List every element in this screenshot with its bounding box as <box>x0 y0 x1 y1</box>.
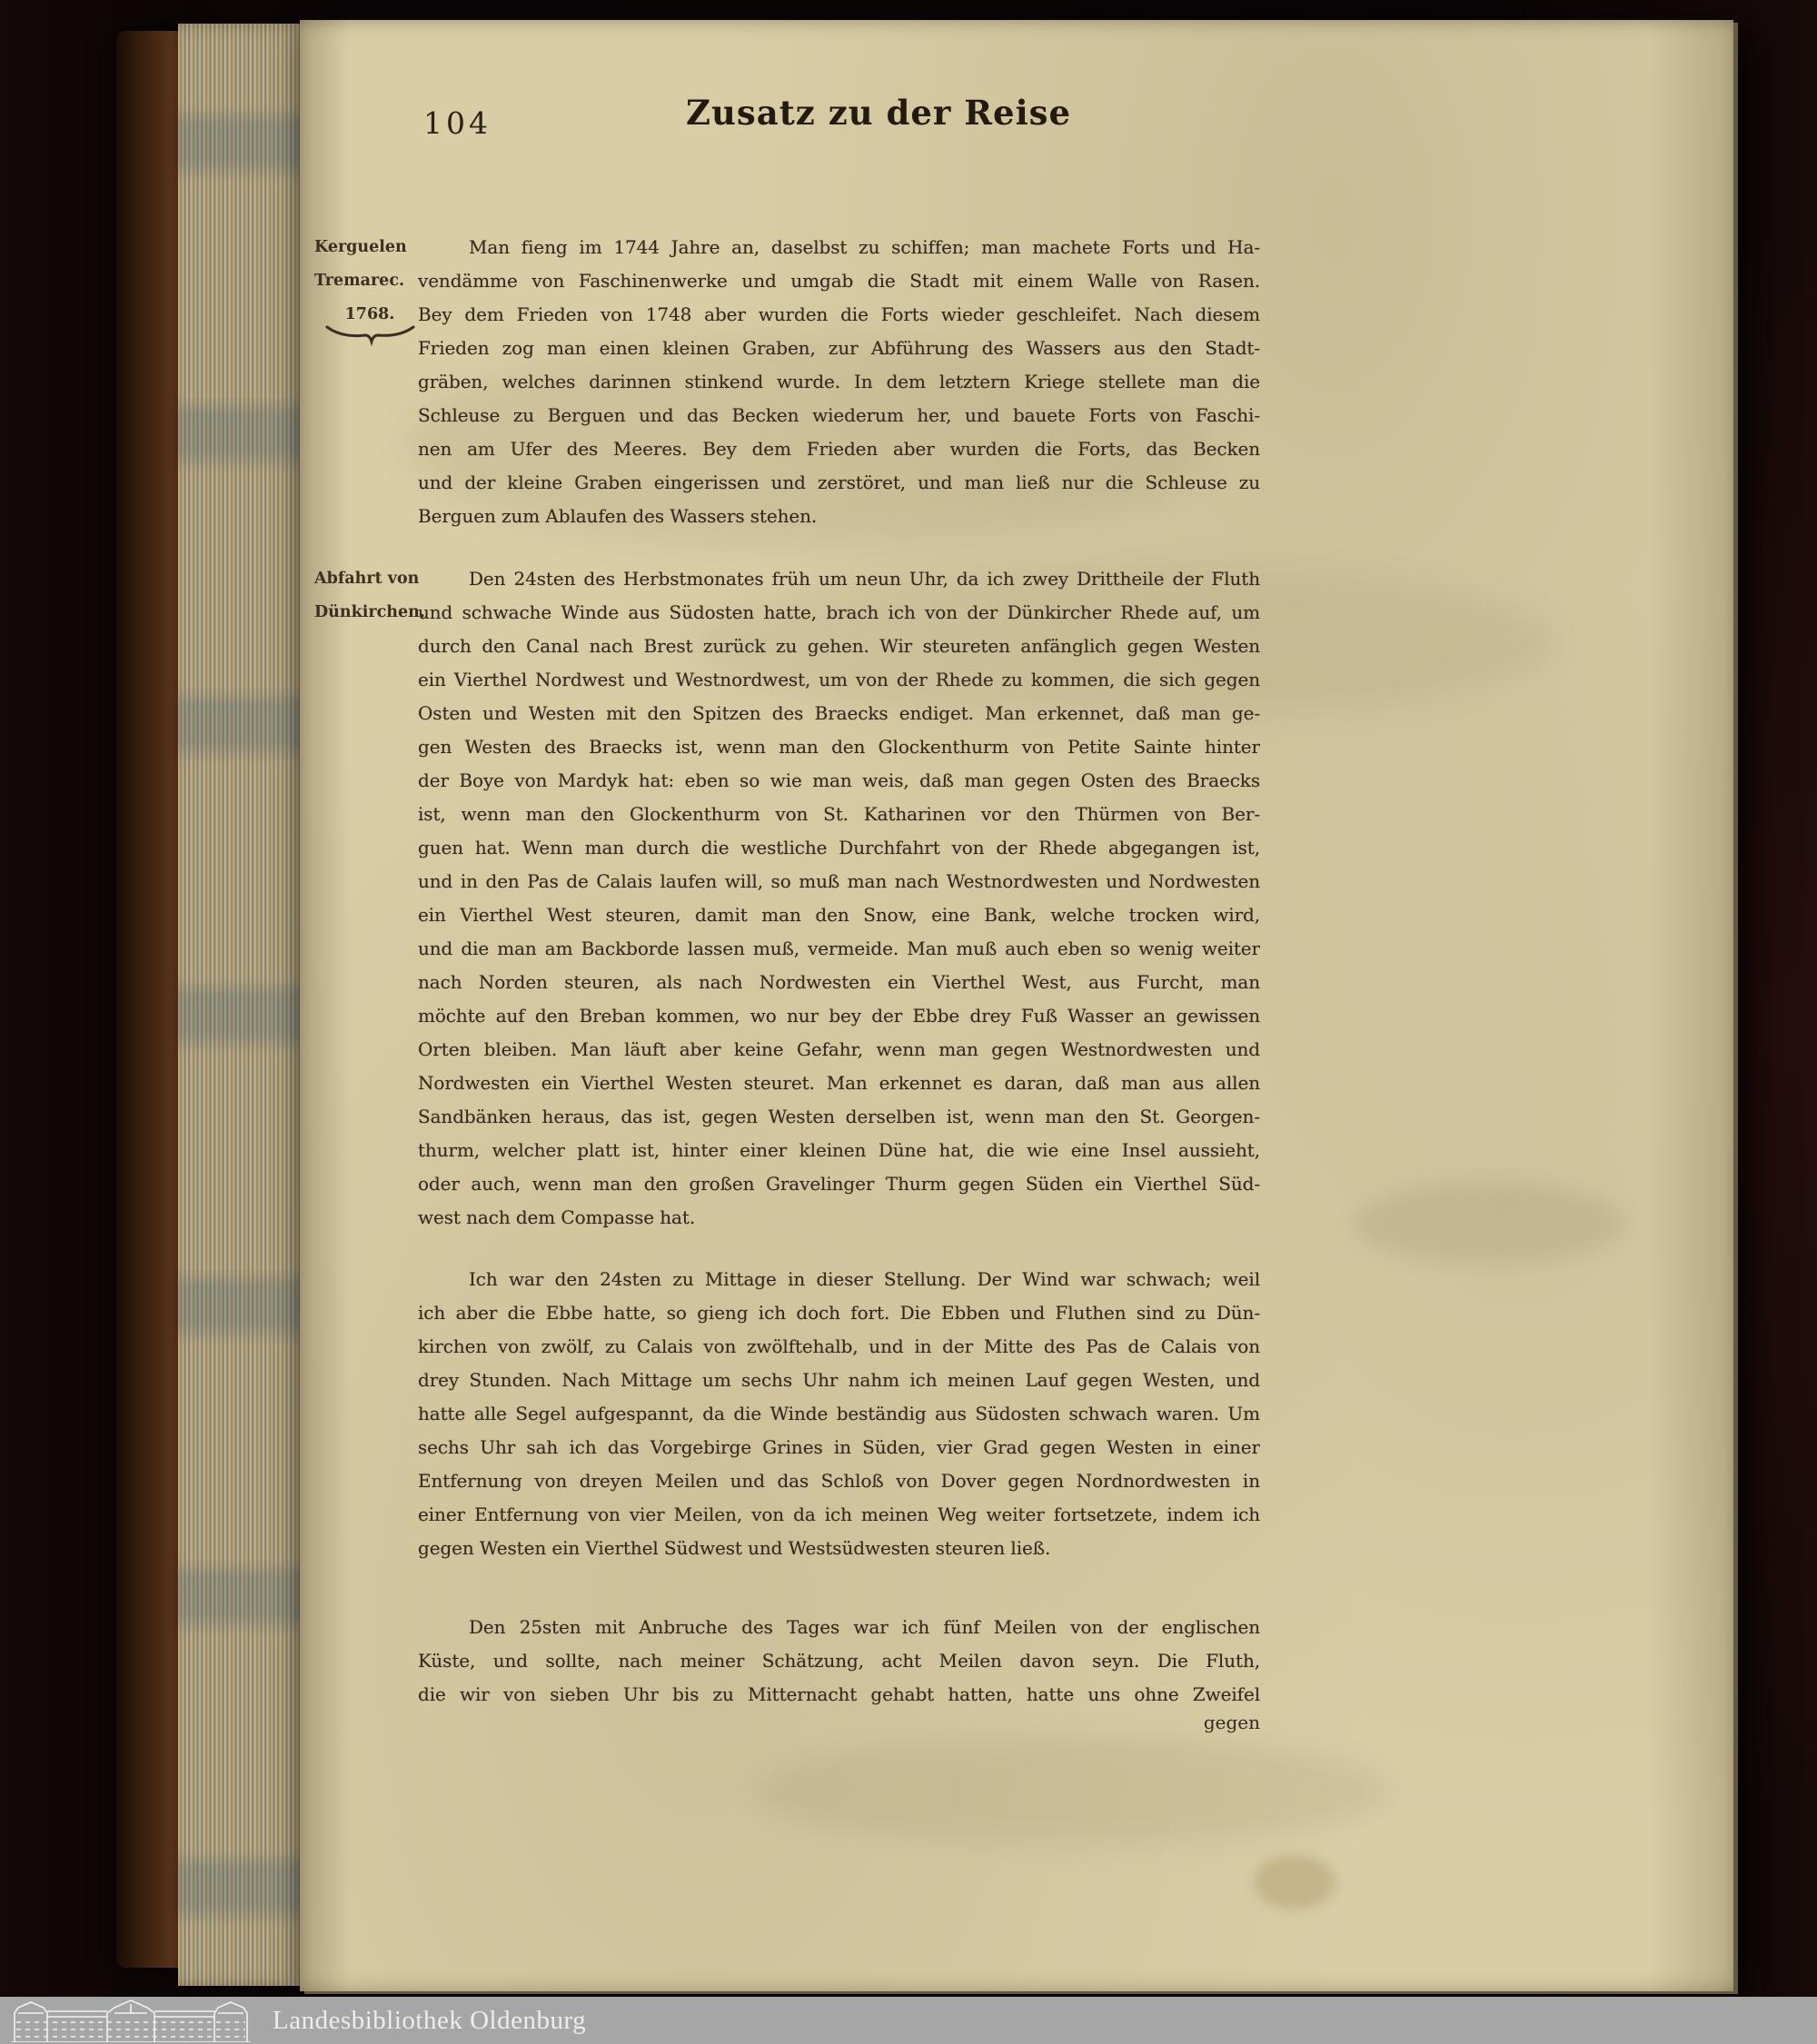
paragraph-1: Man fieng im 1744 Jahre an, daselbst zu … <box>418 231 1260 533</box>
paragraph-3: Ich war den 24sten zu Mittage in dieser … <box>418 1263 1260 1565</box>
scan-background: 104 Zusatz zu der Reise KerguelenTremare… <box>0 0 1817 2044</box>
text-line: kirchen von zwölf, zu Calais von zwölfte… <box>418 1330 1260 1364</box>
text-line: vendämme von Faschinenwerke und umgab di… <box>418 264 1260 298</box>
text-line: ein Vierthel West steuren, damit man den… <box>418 898 1260 932</box>
text-line: Küste, und sollte, nach meiner Schätzung… <box>418 1644 1260 1678</box>
paragraph-4: Den 25sten mit Anbruche des Tages war ic… <box>418 1611 1260 1712</box>
text-line: guen hat. Wenn man durch die westliche D… <box>418 831 1260 865</box>
paragraph-2: Den 24sten des Herbstmonates früh um neu… <box>418 562 1260 1235</box>
text-line: gräben, welches darinnen stinkend wurde.… <box>418 365 1260 399</box>
text-line: Ich war den 24sten zu Mittage in dieser … <box>418 1263 1260 1296</box>
library-name: Landesbibliothek Oldenburg <box>273 2006 586 2036</box>
book-page: 104 Zusatz zu der Reise KerguelenTremare… <box>300 20 1733 1991</box>
text-line: gegen Westen ein Vierthel Südwest und We… <box>418 1532 1260 1565</box>
library-building-icon <box>9 1999 253 2042</box>
year-brace-flourish <box>325 323 416 349</box>
library-footer-bar: Landesbibliothek Oldenburg <box>0 1997 1817 2044</box>
text-line: und in den Pas de Calais laufen will, so… <box>418 865 1260 898</box>
page-number: 104 <box>423 105 491 141</box>
text-line: Osten und Westen mit den Spitzen des Bra… <box>418 697 1260 730</box>
text-line: ich aber die Ebbe hatte, so gieng ich do… <box>418 1296 1260 1330</box>
margin-note-kerguelen: KerguelenTremarec.1768. <box>314 231 425 332</box>
text-line: hatte alle Segel aufgespannt, da die Win… <box>418 1397 1260 1431</box>
text-line: die wir von sieben Uhr bis zu Mitternach… <box>418 1678 1260 1712</box>
text-line: Entfernung von dreyen Meilen und das Sch… <box>418 1464 1260 1498</box>
running-title: Zusatz zu der Reise <box>686 93 1071 133</box>
text-line: und die man am Backborde lassen muß, ver… <box>418 932 1260 966</box>
text-line: Orten bleiben. Man läuft aber keine Gefa… <box>418 1033 1260 1067</box>
margin-note-abfahrt: Abfahrt vonDünkirchen. <box>314 562 425 630</box>
book-page-edges <box>178 24 307 1986</box>
text-line: und schwache Winde aus Südosten hatte, b… <box>418 596 1260 630</box>
text-line: nen am Ufer des Meeres. Bey dem Frieden … <box>418 432 1260 466</box>
text-line: möchte auf den Breban kommen, wo nur bey… <box>418 999 1260 1033</box>
text-line: Den 25sten mit Anbruche des Tages war ic… <box>418 1611 1260 1644</box>
catchword: gegen <box>418 1712 1260 1733</box>
text-line: sechs Uhr sah ich das Vorgebirge Grines … <box>418 1431 1260 1464</box>
text-line: oder auch, wenn man den großen Graveling… <box>418 1167 1260 1201</box>
paper-stain <box>1254 1855 1335 1910</box>
text-line: Berguen zum Ablaufen des Wassers stehen. <box>418 500 1260 533</box>
paper-stain <box>1354 1183 1626 1265</box>
text-line: drey Stunden. Nach Mittage um sechs Uhr … <box>418 1364 1260 1397</box>
text-line: Bey dem Frieden von 1748 aber wurden die… <box>418 298 1260 332</box>
text-line: der Boye von Mardyk hat: eben so wie man… <box>418 764 1260 798</box>
text-line: ein Vierthel Nordwest und Westnordwest, … <box>418 663 1260 697</box>
text-line: nach Norden steuren, als nach Nordwesten… <box>418 966 1260 999</box>
text-line: Kerguelen <box>314 231 425 264</box>
text-line: Den 24sten des Herbstmonates früh um neu… <box>418 562 1260 596</box>
text-line: Dünkirchen. <box>314 596 425 630</box>
text-line: Schleuse zu Berguen und das Becken wiede… <box>418 399 1260 432</box>
text-line: thurm, welcher platt ist, hinter einer k… <box>418 1134 1260 1167</box>
text-line: und der kleine Graben eingerissen und ze… <box>418 466 1260 500</box>
text-line: Man fieng im 1744 Jahre an, daselbst zu … <box>418 231 1260 264</box>
text-line: durch den Canal nach Brest zurück zu geh… <box>418 630 1260 663</box>
text-line: Tremarec. <box>314 264 425 298</box>
text-line: Abfahrt von <box>314 562 425 596</box>
text-line: ist, wenn man den Glockenthurm von St. K… <box>418 798 1260 831</box>
paper-stain <box>754 1737 1390 1846</box>
text-line: Sandbänken heraus, das ist, gegen Westen… <box>418 1100 1260 1134</box>
text-line: Frieden zog man einen kleinen Graben, zu… <box>418 332 1260 365</box>
text-line: einer Entfernung von vier Meilen, von da… <box>418 1498 1260 1532</box>
text-line: gen Westen des Braecks ist, wenn man den… <box>418 730 1260 764</box>
text-line: west nach dem Compasse hat. <box>418 1201 1260 1235</box>
text-line: Nordwesten ein Vierthel Westen steuret. … <box>418 1067 1260 1100</box>
